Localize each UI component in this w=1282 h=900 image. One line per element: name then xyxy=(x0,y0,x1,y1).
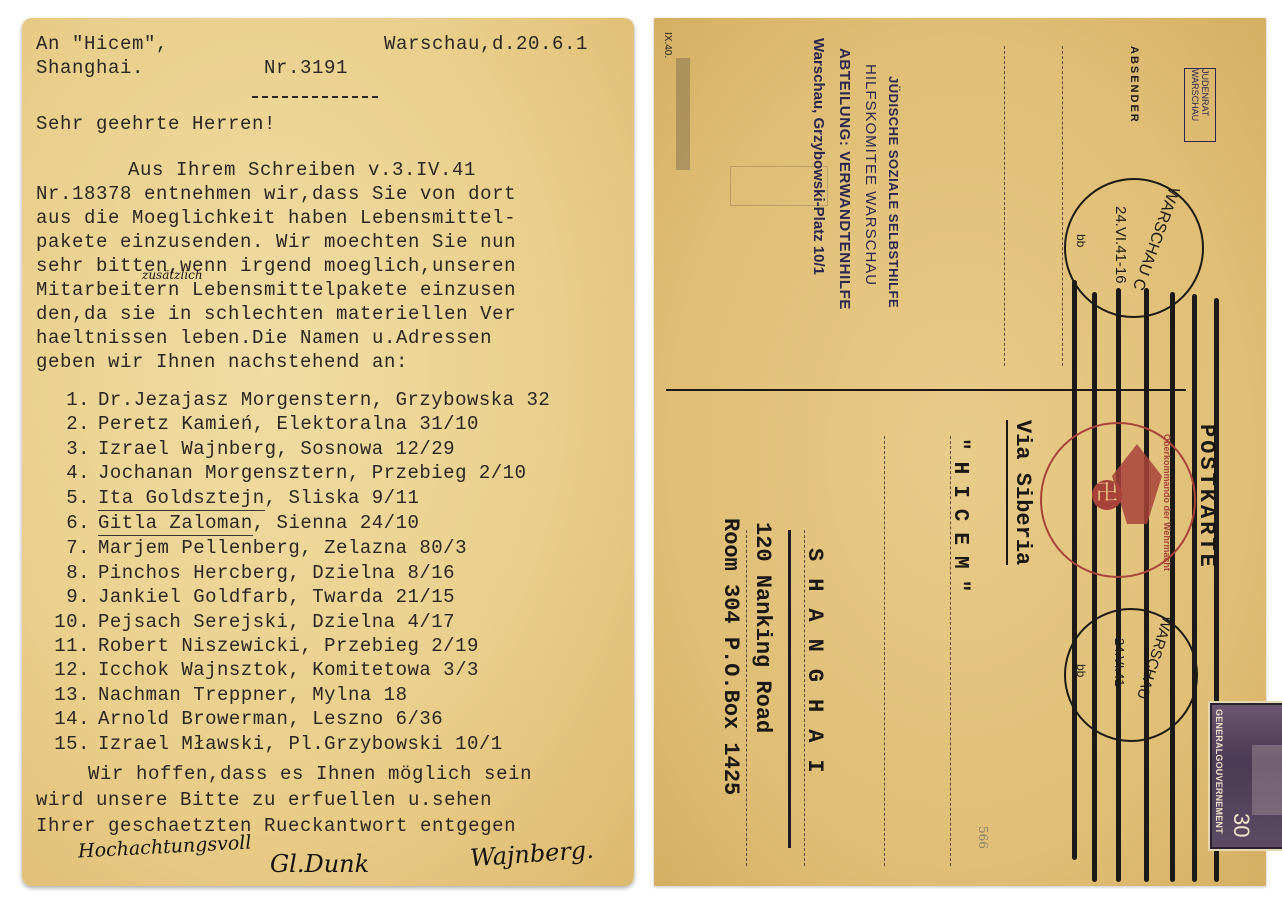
reference-number: Nr.3191 xyxy=(264,56,348,80)
salutation: Sehr geehrte Herren! xyxy=(36,112,276,136)
judenrat-stamp: JUDENRAT WARSCHAU xyxy=(1184,68,1216,142)
body-line: Mitarbeitern Lebensmittelpakete einzusen xyxy=(36,278,516,302)
body-line: aus die Moeglichkeit haben Lebensmittel- xyxy=(36,206,516,230)
address-line-1: 120 Nanking Road xyxy=(750,522,775,733)
body-line: Nr.18378 entnehmen wir,dass Sie von dort xyxy=(36,182,516,206)
city-underline xyxy=(788,530,791,848)
list-item: 4.Jochanan Morgensztern, Przebieg 2/10 xyxy=(38,461,550,485)
sender-dotted-line xyxy=(1004,46,1005,366)
list-item: 11.Robert Niszewicki, Przebieg 2/19 xyxy=(38,634,550,658)
body-line: pakete einzusenden. Wir moechten Sie nun xyxy=(36,230,516,254)
postage-stamp: GENERALGOUVERNEMENT 30 xyxy=(1210,703,1282,849)
postmark-bottom: WARSCHAU 24.VI.41 bb xyxy=(1064,608,1198,742)
list-item: 12.Icchok Wajnsztok, Komitetowa 3/3 xyxy=(38,658,550,682)
addressee-line-2: Shanghai. xyxy=(36,56,144,80)
postmark-top: WARSCHAU C 24.VI.41-16 bb xyxy=(1064,178,1204,318)
address-line-2: Room 304 P.O.Box 1425 xyxy=(718,518,743,795)
list-item: 8.Pinchos Hercberg, Dzielna 8/16 xyxy=(38,561,550,585)
censor-stamp: 卍 Oberkommando der Wehrmacht xyxy=(1040,422,1196,578)
print-code: IX.40. xyxy=(662,32,673,58)
body-line: den,da sie in schlechten materiellen Ver xyxy=(36,302,516,326)
addressee-line-1: An "Hicem", xyxy=(36,32,168,56)
postcard-address-side: IX.40. JÜDISCHE SOZIALE SELBSTHILFE HILF… xyxy=(654,18,1266,886)
stamp-issuer: GENERALGOUVERNEMENT xyxy=(1214,709,1224,834)
sender-stamp-line: HILFSKOMITEE WARSCHAU xyxy=(862,64,879,286)
reference-underline xyxy=(252,96,378,98)
list-item: 7.Marjem Pellenberg, Zelazna 80/3 xyxy=(38,536,550,560)
route-note: Via Siberia xyxy=(1006,420,1035,565)
cancellation-bar xyxy=(1072,280,1077,860)
closing-line: Wir hoffen,dass es Ihnen möglich sein xyxy=(88,762,532,786)
sender-stamp-line: ABTEILUNG: VERWANDTENHILFE xyxy=(836,48,853,310)
address-dotted-line xyxy=(746,530,747,866)
cancellation-bar xyxy=(1092,292,1097,882)
card-title: POSTKARTE xyxy=(1194,424,1219,570)
sender-stamp-line: Warschau, Grzybowski-Platz 10/1 xyxy=(810,38,827,275)
cancellation-bar xyxy=(1170,292,1175,882)
pencil-note: 566 xyxy=(976,826,990,849)
sender-label: ABSENDER xyxy=(1128,46,1140,124)
city: SHANGHAI xyxy=(802,548,827,790)
list-item: 6.Gitla Zaloman, Sienna 24/10 xyxy=(38,511,550,536)
place-date: Warschau,d.20.6.1 xyxy=(384,32,588,56)
body-line: haeltnissen leben.Die Namen u.Adressen xyxy=(36,326,492,350)
body-line: geben wir Ihnen nachstehend an: xyxy=(36,350,408,374)
body-line: sehr bitten,wenn irgend moeglich,unseren xyxy=(36,254,516,278)
card-divider-line xyxy=(666,389,1186,391)
signature-1: Gl.Dunk xyxy=(270,850,369,878)
recipient-name: "HICEM" xyxy=(948,438,971,603)
list-item: 5.Ita Goldsztejn, Sliska 9/11 xyxy=(38,486,550,511)
signature-2: Wajnberg. xyxy=(469,836,594,873)
stamp-illustration xyxy=(1252,745,1282,815)
cancellation-bar xyxy=(1116,288,1121,882)
smudge-mark xyxy=(676,58,690,170)
stamp-value: 30 xyxy=(1228,813,1254,837)
list-item: 14.Arnold Browerman, Leszno 6/36 xyxy=(38,707,550,731)
body-line: Aus Ihrem Schreiben v.3.IV.41 xyxy=(128,158,476,182)
list-item: 2.Peretz Kamień, Elektoralna 31/10 xyxy=(38,412,550,436)
list-item: 10.Pejsach Serejski, Dzielna 4/17 xyxy=(38,610,550,634)
cancellation-bar xyxy=(1144,288,1149,882)
sender-dotted-line xyxy=(1062,46,1063,366)
recipient-list: 1.Dr.Jezajasz Morgenstern, Grzybowska 32… xyxy=(38,388,550,756)
closing-line: wird unsere Bitte zu erfuellen u.sehen xyxy=(36,788,492,812)
list-item: 9.Jankiel Goldfarb, Twarda 21/15 xyxy=(38,585,550,609)
closing-line: Ihrer geschaetzten Rueckantwort entgegen xyxy=(36,814,516,838)
letter-card: An "Hicem", Shanghai. Warschau,d.20.6.1 … xyxy=(22,18,634,886)
cancellation-bar xyxy=(1192,294,1197,882)
address-dotted-line xyxy=(884,436,885,866)
eagle-icon xyxy=(1112,444,1162,524)
list-item: 13.Nachman Treppner, Mylna 18 xyxy=(38,683,550,707)
list-item: 3.Izrael Wajnberg, Sosnowa 12/29 xyxy=(38,437,550,461)
list-item: 15.Izrael Mławski, Pl.Grzybowski 10/1 xyxy=(38,732,550,756)
list-item: 1.Dr.Jezajasz Morgenstern, Grzybowska 32 xyxy=(38,388,550,412)
sender-stamp-line: JÜDISCHE SOZIALE SELBSTHILFE xyxy=(886,76,901,308)
